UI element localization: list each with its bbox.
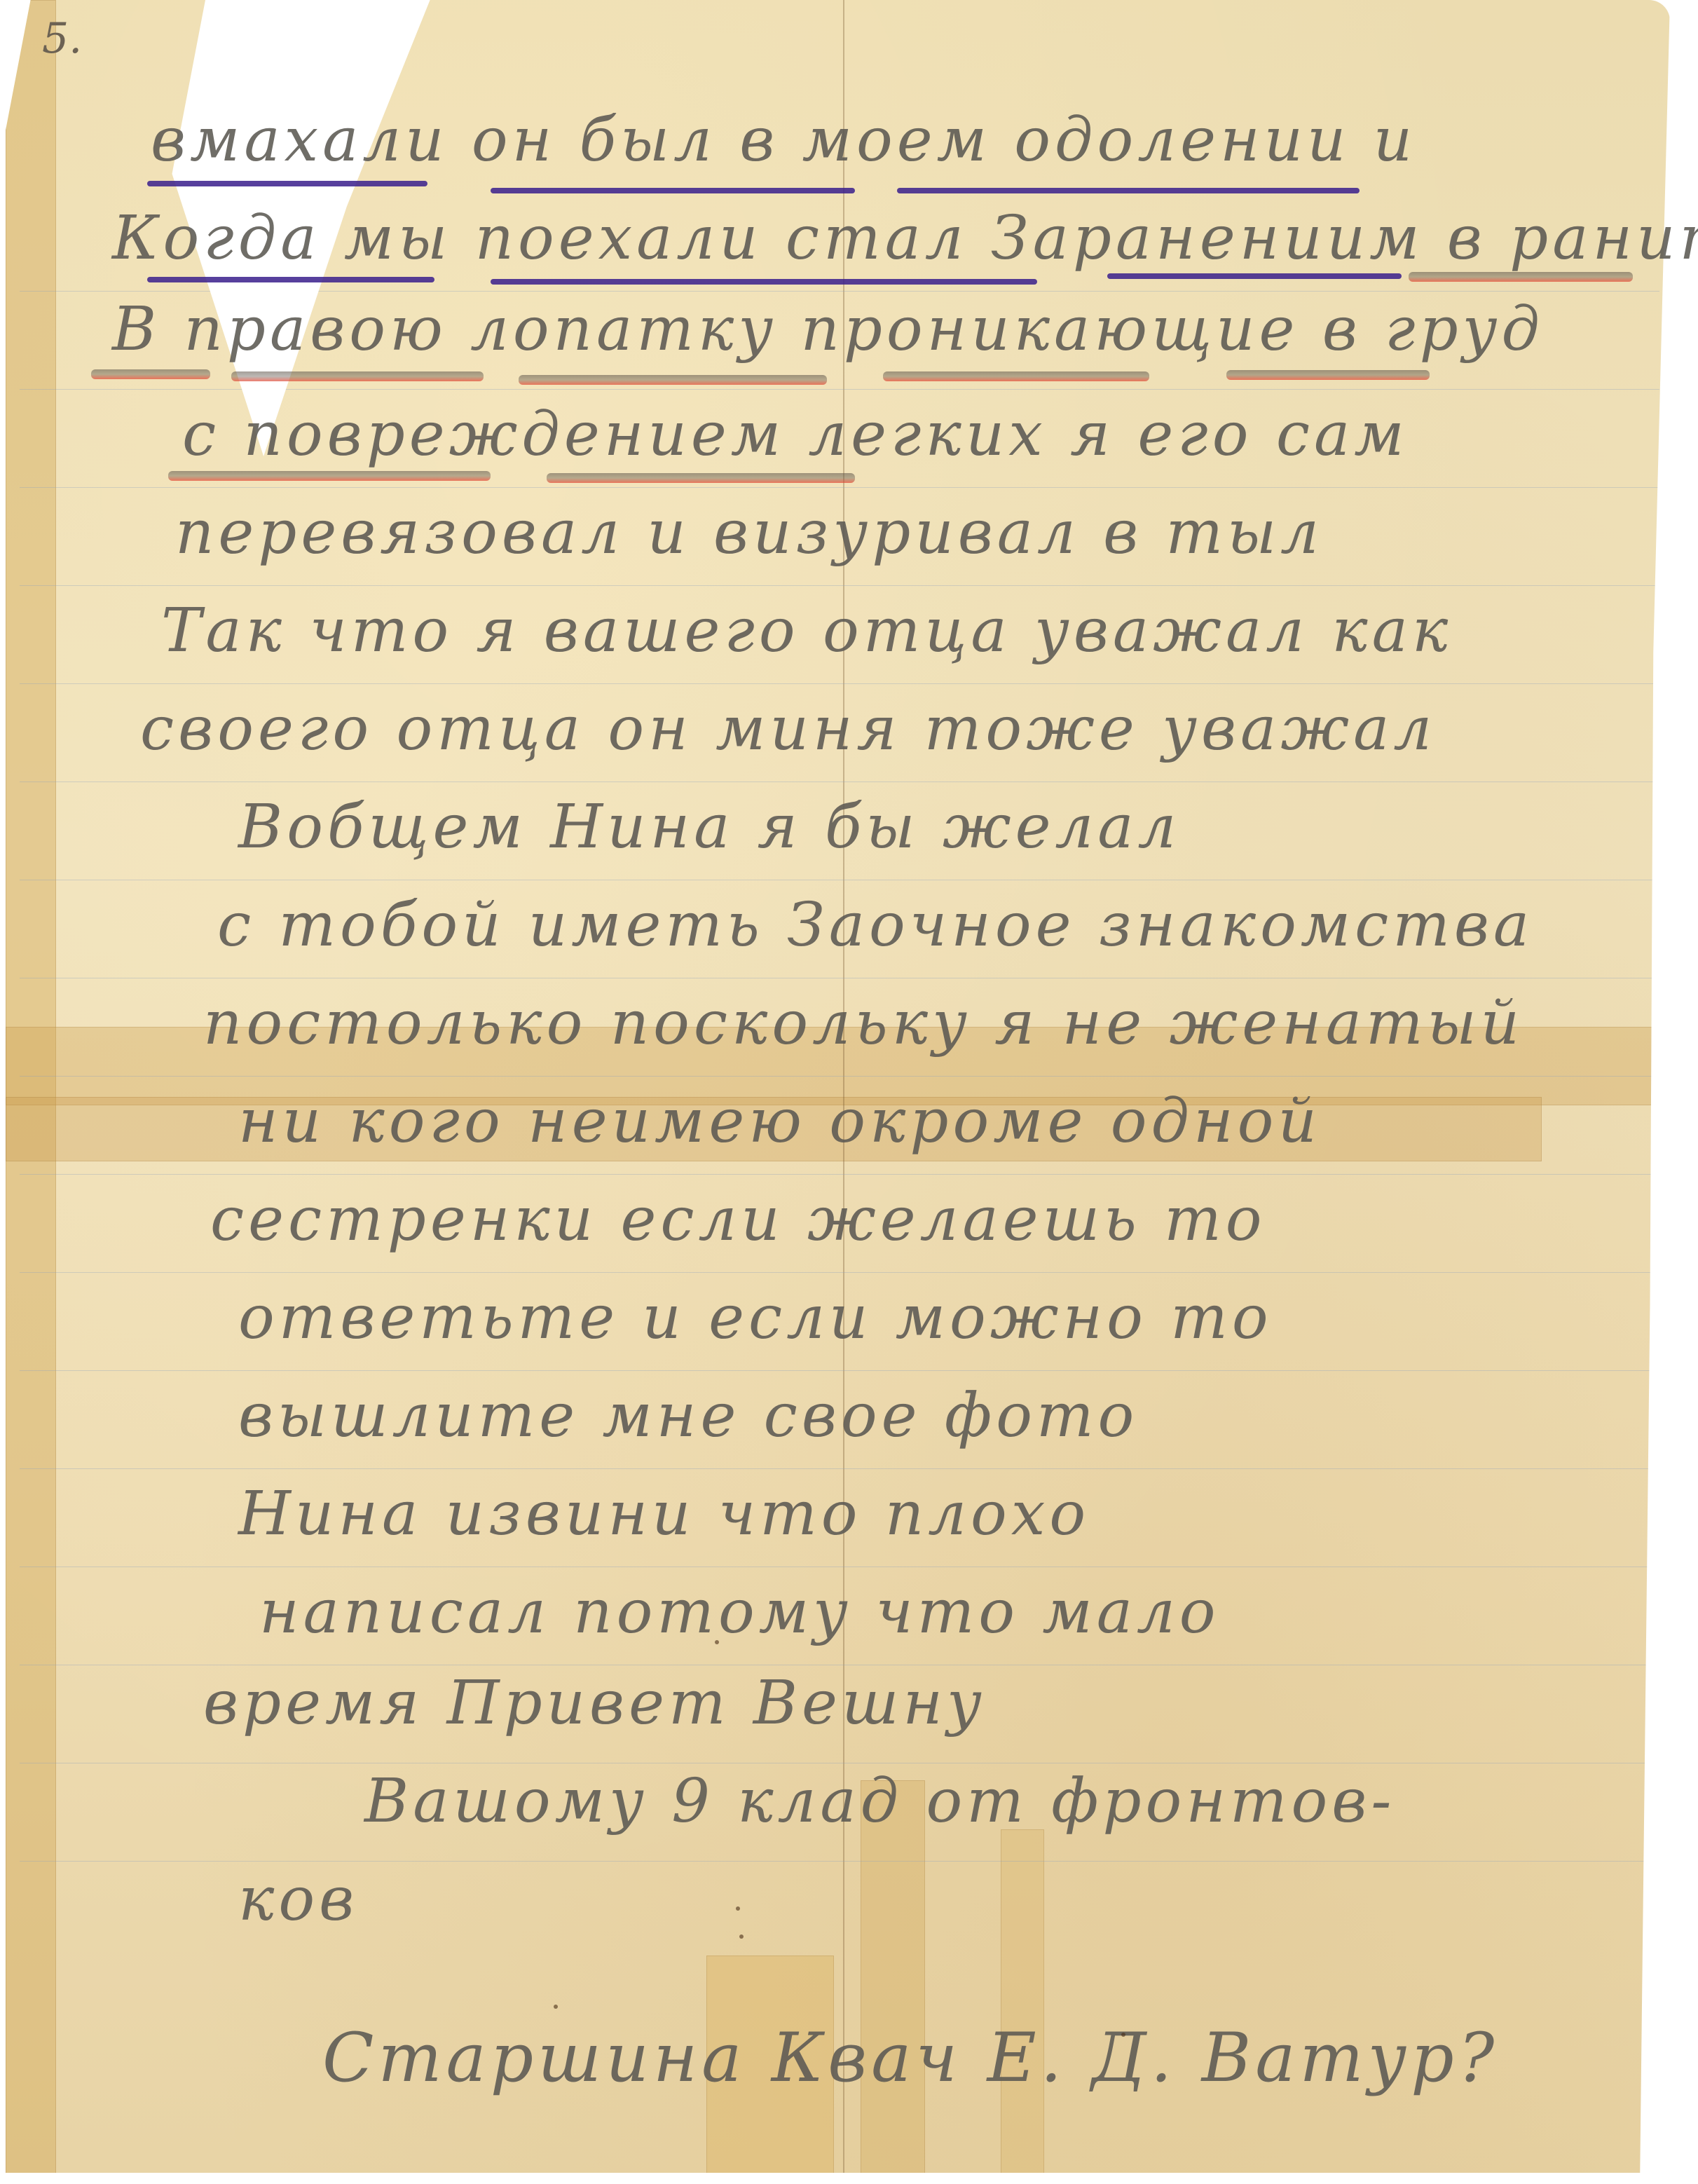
corner-page-number: 5.	[42, 14, 82, 63]
blue-underline	[491, 279, 1037, 285]
tape-strip-bottom-3	[1001, 1829, 1044, 2174]
ruled-line	[20, 291, 1659, 292]
ruled-line	[20, 880, 1659, 880]
red-underline	[231, 371, 484, 381]
letter-line: время Привет Вешну	[203, 1668, 986, 1738]
ruled-line	[20, 1272, 1659, 1273]
ruled-line	[20, 1567, 1659, 1567]
ruled-line	[20, 1174, 1659, 1175]
letter-line: написал потому что мало	[259, 1577, 1220, 1647]
letter-line: Нина извини что плохо	[238, 1479, 1090, 1549]
red-underline	[883, 371, 1149, 381]
blue-underline	[1107, 273, 1402, 279]
blue-underline	[897, 188, 1360, 193]
red-underline	[168, 471, 491, 481]
letter-line: Когда мы поехали стал Заранениим в ранит…	[112, 203, 1698, 273]
blue-underline	[147, 277, 434, 282]
ruled-line	[20, 1076, 1659, 1077]
tape-strip-bottom-2	[861, 1780, 925, 2174]
ruled-line	[20, 978, 1659, 978]
ruled-line	[20, 487, 1659, 488]
letter-line: вмахали он был в моем одолении и	[151, 105, 1416, 175]
letter-line: Вобщем Нина я бы желал	[238, 792, 1180, 862]
letter-line: с тобой иметь Заочное знакомства	[217, 890, 1533, 960]
letter-line: вышлите мне свое фото	[238, 1381, 1138, 1451]
letter-line: ков	[238, 1864, 358, 1934]
letter-line: своего отца он миня тоже уважал	[140, 694, 1436, 764]
letter-line: постолько поскольку я не женатый	[203, 988, 1524, 1058]
letter-line: ни кого неимею окроме одной	[238, 1086, 1321, 1156]
ruled-line	[20, 1468, 1659, 1469]
ruled-line	[20, 1763, 1659, 1763]
letter-line: перевязовал и визуривал в тыл	[175, 498, 1323, 568]
red-underline	[91, 369, 210, 379]
letter-line: ответьте и если можно то	[238, 1283, 1273, 1353]
ruled-line	[20, 1861, 1659, 1862]
red-underline	[1409, 272, 1633, 282]
letter-line: сестренки если желаешь то	[210, 1185, 1266, 1255]
stain-speck	[736, 1906, 740, 1911]
red-underline	[1226, 370, 1430, 380]
stain-speck	[1121, 2033, 1125, 2037]
stain-speck	[739, 1934, 744, 1939]
red-underline	[547, 473, 855, 483]
letter-line: Вашому 9 клад от фронтов-	[364, 1766, 1395, 1836]
ruled-line	[20, 1370, 1659, 1371]
stain-speck	[554, 2005, 558, 2009]
ruled-line	[20, 1665, 1659, 1665]
ruled-line	[20, 683, 1659, 684]
letter-line: Так что я вашего отца уважал как	[161, 596, 1452, 666]
ruled-line	[20, 389, 1659, 390]
blue-underline	[491, 188, 855, 193]
stain-speck	[715, 1640, 719, 1644]
ruled-line	[20, 585, 1659, 586]
ruled-line	[20, 782, 1659, 782]
letter-line: В правою лопатку проникающие в груд	[112, 294, 1544, 364]
red-underline	[519, 375, 827, 385]
signature: Старшина Квач Е. Д. Ватур?	[322, 2019, 1498, 2097]
letter-line: с повреждением легких я его сам	[182, 400, 1409, 470]
blue-underline	[147, 181, 427, 186]
